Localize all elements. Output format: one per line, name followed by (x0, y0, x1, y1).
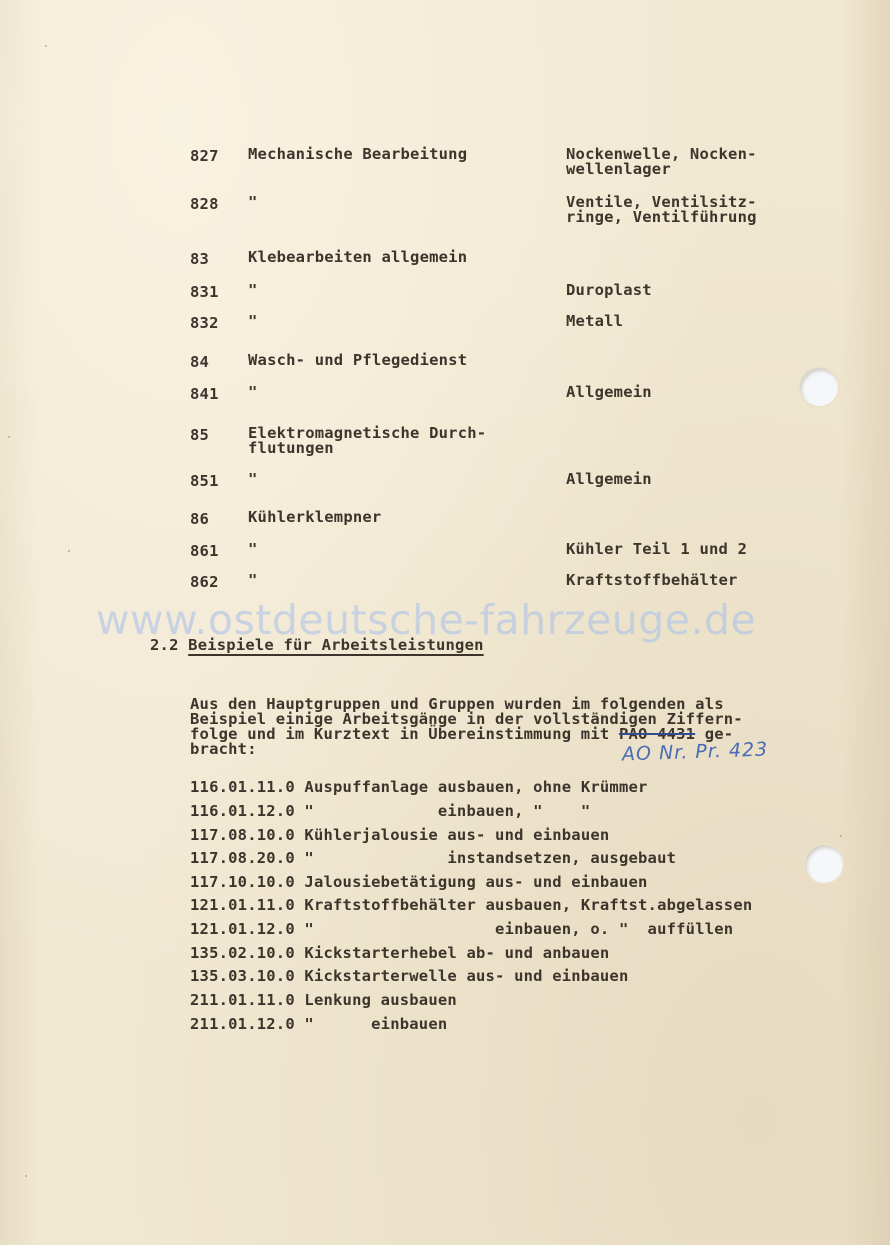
paper-speck (8, 436, 10, 438)
group-detail: Ventile, Ventilsitz- ringe, Ventilführun… (566, 195, 757, 225)
paper-speck (68, 550, 70, 552)
group-detail: Nockenwelle, Nocken- wellenlager (566, 147, 757, 177)
operation-code: 121.01.11.0 (190, 896, 295, 914)
list-item: 116.01.12.0 " einbauen, " " (190, 802, 590, 820)
group-title: " (248, 314, 258, 329)
group-number: 862 (190, 573, 219, 591)
group-number: 832 (190, 314, 219, 332)
operation-code: 117.10.10.0 (190, 873, 295, 891)
list-item: 121.01.11.0 Kraftstoffbehälter ausbauen,… (190, 896, 752, 914)
operation-text: " einbauen, " " (304, 802, 590, 820)
group-title: Mechanische Bearbeitung (248, 147, 467, 162)
group-number: 861 (190, 542, 219, 560)
operation-code: 211.01.11.0 (190, 991, 295, 1009)
group-detail: Kühler Teil 1 und 2 (566, 542, 747, 557)
list-item: 211.01.11.0 Lenkung ausbauen (190, 991, 457, 1009)
section-title: Beispiele für Arbeitsleistungen (188, 636, 484, 654)
operation-text: Lenkung ausbauen (304, 991, 457, 1009)
operation-code: 117.08.10.0 (190, 826, 295, 844)
section-heading: 2.2 Beispiele für Arbeitsleistungen (150, 636, 484, 654)
operation-text: " instandsetzen, ausgebaut (304, 849, 676, 867)
group-title: Klebearbeiten allgemein (248, 250, 467, 265)
list-item: 116.01.11.0 Auspuffanlage ausbauen, ohne… (190, 778, 648, 796)
group-number: 827 (190, 147, 219, 165)
list-item: 211.01.12.0 " einbauen (190, 1015, 447, 1033)
group-number: 828 (190, 195, 219, 213)
paragraph-line: folge und im Kurztext in Übereinstimmung… (190, 727, 770, 742)
operation-text: " einbauen (304, 1015, 447, 1033)
operation-text: Auspuffanlage ausbauen, ohne Krümmer (304, 778, 647, 796)
group-number: 83 (190, 250, 209, 268)
group-detail: Duroplast (566, 283, 652, 298)
document-page: 827 Mechanische Bearbeitung Nockenwelle,… (0, 0, 890, 1245)
operation-text: Jalousiebetätigung aus- und einbauen (304, 873, 647, 891)
group-title: " (248, 195, 258, 210)
group-detail: Allgemein (566, 385, 652, 400)
group-number: 85 (190, 426, 209, 444)
group-title: " (248, 573, 258, 588)
operation-code: 117.08.20.0 (190, 849, 295, 867)
paper-speck (45, 45, 47, 47)
list-item: 117.10.10.0 Jalousiebetätigung aus- und … (190, 873, 648, 891)
operation-text: " einbauen, o. " auffüllen (304, 920, 733, 938)
list-item: 121.01.12.0 " einbauen, o. " auffüllen (190, 920, 733, 938)
list-item: 135.03.10.0 Kickstarterwelle aus- und ei… (190, 967, 629, 985)
punch-hole (805, 845, 843, 883)
group-number: 831 (190, 283, 219, 301)
group-number: 84 (190, 353, 209, 371)
operation-code: 135.03.10.0 (190, 967, 295, 985)
paper-speck (25, 1175, 27, 1177)
list-item: 135.02.10.0 Kickstarterhebel ab- und anb… (190, 944, 609, 962)
operation-text: Kickstarterhebel ab- und anbauen (304, 944, 609, 962)
operation-code: 135.02.10.0 (190, 944, 295, 962)
operation-code: 211.01.12.0 (190, 1015, 295, 1033)
group-detail: Kraftstoffbehälter (566, 573, 738, 588)
paper-speck (840, 835, 842, 837)
group-title: Wasch- und Pflegedienst (248, 353, 467, 368)
group-title: " (248, 472, 258, 487)
operation-text: Kraftstoffbehälter ausbauen, Kraftst.abg… (304, 896, 752, 914)
group-detail: Allgemein (566, 472, 652, 487)
operation-text: Kühlerjalousie aus- und einbauen (304, 826, 609, 844)
group-number: 851 (190, 472, 219, 490)
group-number: 841 (190, 385, 219, 403)
operation-code: 116.01.12.0 (190, 802, 295, 820)
struck-reference: PAO 4431 (619, 725, 695, 743)
group-number: 86 (190, 510, 209, 528)
group-title: Kühlerklempner (248, 510, 381, 525)
operation-code: 116.01.11.0 (190, 778, 295, 796)
handwritten-correction: AO Nr. Pr. 423 (622, 738, 769, 765)
list-item: 117.08.10.0 Kühlerjalousie aus- und einb… (190, 826, 609, 844)
group-title: " (248, 385, 258, 400)
operation-code: 121.01.12.0 (190, 920, 295, 938)
group-title: Elektromagnetische Durch- flutungen (248, 426, 486, 456)
group-title: " (248, 283, 258, 298)
punch-hole (800, 368, 838, 406)
group-detail: Metall (566, 314, 623, 329)
section-number: 2.2 (150, 636, 179, 654)
group-title: " (248, 542, 258, 557)
operation-text: Kickstarterwelle aus- und einbauen (304, 967, 628, 985)
list-item: 117.08.20.0 " instandsetzen, ausgebaut (190, 849, 676, 867)
